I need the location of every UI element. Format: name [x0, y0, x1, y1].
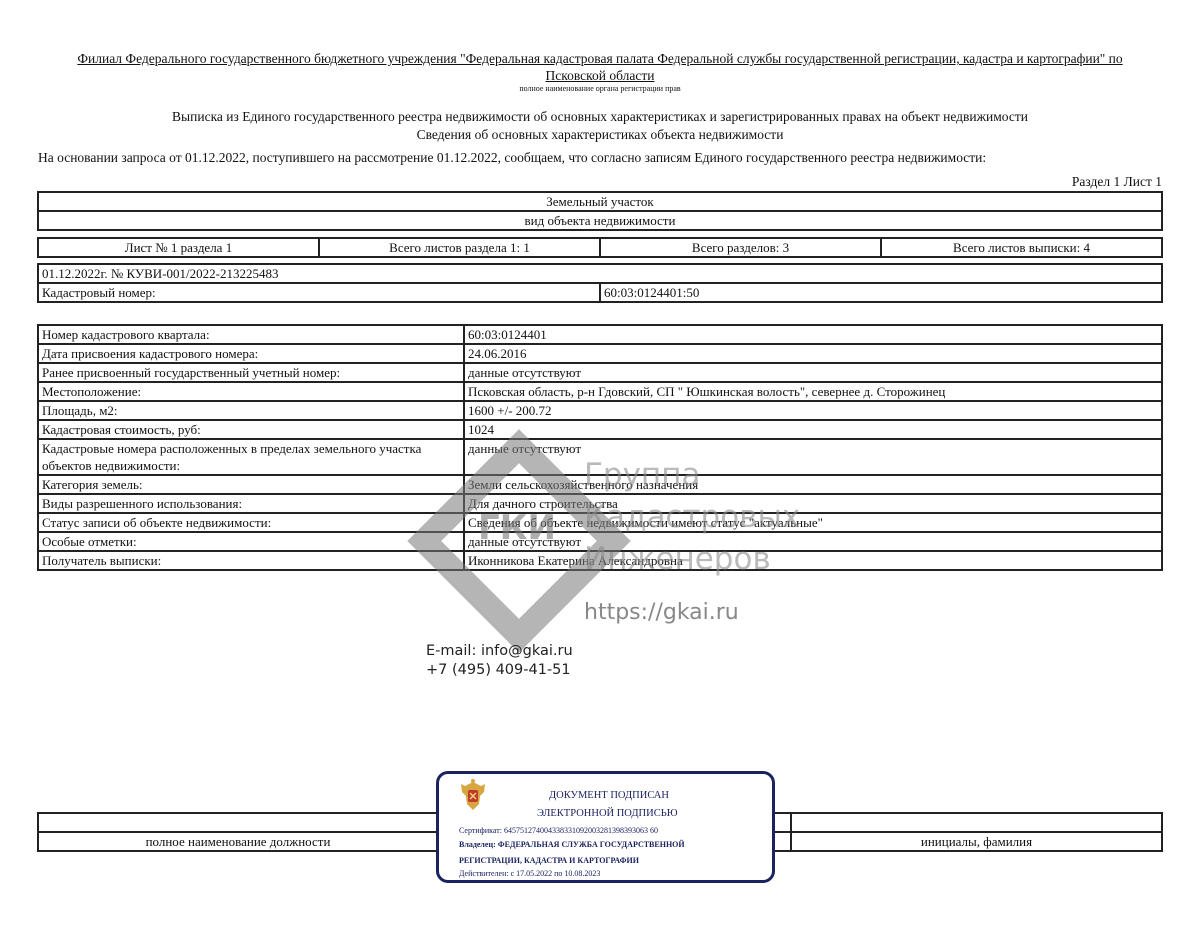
field-row: Номер кадастрового квартала:60:03:012440… [38, 325, 1162, 344]
organization-caption: полное наименование органа регистрации п… [60, 84, 1140, 93]
stamp-validity: Действителен: с 17.05.2022 по 10.08.2023 [459, 869, 600, 878]
watermark-url[interactable]: https://gkai.ru [584, 600, 739, 625]
characteristics-table: Номер кадастрового квартала:60:03:012440… [37, 324, 1163, 571]
organization-name: Филиал Федерального государственного бюд… [60, 50, 1140, 84]
name-caption: инициалы, фамилия [791, 832, 1162, 851]
field-label: Кадастровая стоимость, руб: [38, 420, 464, 439]
field-value: 1600 +/- 200.72 [464, 401, 1162, 420]
field-label: Дата присвоения кадастрового номера: [38, 344, 464, 363]
extract-date-number: 01.12.2022г. № КУВИ-001/2022-213225483 [38, 264, 1162, 283]
field-label: Кадастровые номера расположенных в преде… [38, 439, 464, 475]
sections-total: Всего разделов: 3 [600, 238, 881, 257]
stamp-owner-line2: РЕГИСТРАЦИИ, КАДАСТРА И КАРТОГРАФИИ [459, 856, 639, 865]
field-label: Площадь, м2: [38, 401, 464, 420]
extract-sheets-total: Всего листов выписки: 4 [881, 238, 1162, 257]
contact-phone: +7 (495) 409-41-51 [426, 661, 573, 680]
field-row: Кадастровая стоимость, руб:1024 [38, 420, 1162, 439]
field-label: Статус записи об объекте недвижимости: [38, 513, 464, 532]
document-subtitle: Сведения об основных характеристиках объ… [40, 127, 1160, 143]
field-value: данные отсутствуют [464, 532, 1162, 551]
field-value: Для дачного строительства [464, 494, 1162, 513]
field-row: Категория земель:Земли сельскохозяйствен… [38, 475, 1162, 494]
sheets-info-table: Лист № 1 раздела 1 Всего листов раздела … [37, 237, 1163, 258]
field-value: 1024 [464, 420, 1162, 439]
field-value: 60:03:0124401 [464, 325, 1162, 344]
field-value: данные отсутствуют [464, 363, 1162, 382]
section-sheet-label: Раздел 1 Лист 1 [1072, 174, 1162, 190]
field-row: Дата присвоения кадастрового номера:24.0… [38, 344, 1162, 363]
field-label: Местоположение: [38, 382, 464, 401]
field-row: Статус записи об объекте недвижимости:Св… [38, 513, 1162, 532]
field-value: Иконникова Екатерина Александровна [464, 551, 1162, 570]
field-row: Местоположение:Псковская область, р-н Гд… [38, 382, 1162, 401]
field-value: данные отсутствуют [464, 439, 1162, 475]
field-row: Ранее присвоенный государственный учетны… [38, 363, 1162, 382]
field-row: Площадь, м2:1600 +/- 200.72 [38, 401, 1162, 420]
object-type: Земельный участок [38, 192, 1162, 211]
request-basis: На основании запроса от 01.12.2022, пост… [38, 150, 1168, 166]
contact-email[interactable]: E-mail: info@gkai.ru [426, 642, 573, 661]
electronic-signature-stamp: ДОКУМЕНТ ПОДПИСАН ЭЛЕКТРОННОЙ ПОДПИСЬЮ С… [436, 771, 775, 883]
sheet-number: Лист № 1 раздела 1 [38, 238, 319, 257]
field-label: Получатель выписки: [38, 551, 464, 570]
stamp-owner-line1: Владелец: ФЕДЕРАЛЬНАЯ СЛУЖБА ГОСУДАРСТВЕ… [459, 840, 685, 849]
coat-of-arms-icon [459, 778, 487, 812]
field-row: Виды разрешенного использования:Для дачн… [38, 494, 1162, 513]
stamp-line2: ЭЛЕКТРОННОЙ ПОДПИСЬЮ [537, 808, 678, 819]
field-label: Особые отметки: [38, 532, 464, 551]
cadastral-number-value: 60:03:0124401:50 [600, 283, 1162, 302]
field-label: Ранее присвоенный государственный учетны… [38, 363, 464, 382]
field-value: 24.06.2016 [464, 344, 1162, 363]
field-value: Сведения об объекте недвижимости имеют с… [464, 513, 1162, 532]
field-row: Особые отметки:данные отсутствуют [38, 532, 1162, 551]
position-caption: полное наименование должности [38, 832, 438, 851]
stamp-line1: ДОКУМЕНТ ПОДПИСАН [549, 790, 669, 801]
field-label: Категория земель: [38, 475, 464, 494]
field-label: Виды разрешенного использования: [38, 494, 464, 513]
field-value: Псковская область, р-н Гдовский, СП " Юш… [464, 382, 1162, 401]
extract-id-table: 01.12.2022г. № КУВИ-001/2022-213225483 К… [37, 263, 1163, 303]
contact-block: E-mail: info@gkai.ru +7 (495) 409-41-51 [426, 642, 573, 680]
field-label: Номер кадастрового квартала: [38, 325, 464, 344]
object-type-table: Земельный участок вид объекта недвижимос… [37, 191, 1163, 231]
document-title: Выписка из Единого государственного реес… [40, 109, 1160, 125]
section-sheets-total: Всего листов раздела 1: 1 [319, 238, 600, 257]
field-row: Получатель выписки:Иконникова Екатерина … [38, 551, 1162, 570]
stamp-certificate: Сертификат: 6457512740043383310920032813… [459, 826, 658, 835]
field-row: Кадастровые номера расположенных в преде… [38, 439, 1162, 475]
cadastral-number-label: Кадастровый номер: [38, 283, 600, 302]
object-type-caption: вид объекта недвижимости [38, 211, 1162, 230]
field-value: Земли сельскохозяйственного назначения [464, 475, 1162, 494]
